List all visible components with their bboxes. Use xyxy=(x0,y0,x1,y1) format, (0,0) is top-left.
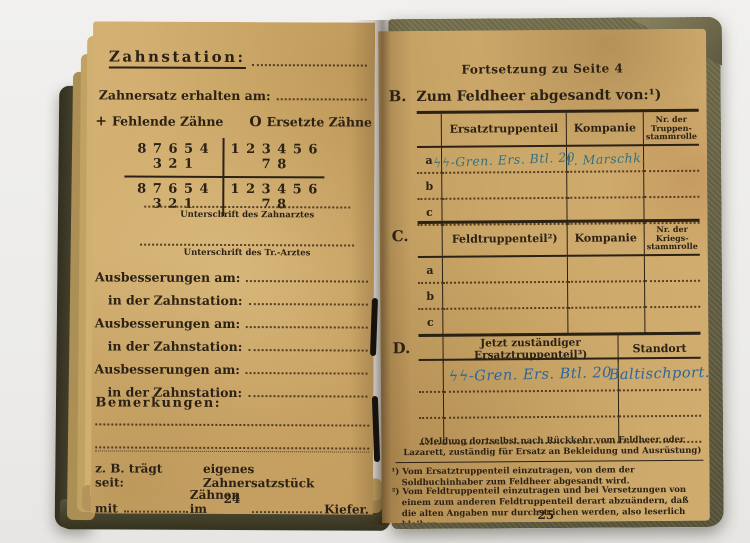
section-d-table: Jetzt zuständiger Ersatztruppenteil³) St… xyxy=(418,332,701,445)
empty-cell xyxy=(645,308,700,334)
empty-cell xyxy=(568,256,645,283)
empty-cell xyxy=(645,282,700,308)
binding-stitch xyxy=(372,396,380,462)
dentures-received-row: Zahnersatz erhalten am: xyxy=(99,87,369,103)
row-label-column-header xyxy=(418,224,443,256)
example-row: z. B. trägt seit: eigenes Zahnersatzstüc… xyxy=(95,461,369,490)
col-kompanie: Kompanie xyxy=(568,222,645,255)
section-c-label: C. xyxy=(392,227,409,245)
table-row: a ϟϟ-Gren. Ers. Btl. 20 1. Marschk. xyxy=(417,146,699,174)
section-d-header-row: Jetzt zuständiger Ersatztruppenteil³) St… xyxy=(418,335,700,361)
teeth-upper-left: 8 7 6 5 4 3 2 1 xyxy=(124,138,224,178)
repair-row: Ausbesserungen am: xyxy=(95,361,370,377)
section-b-table: Ersatztruppenteil Kompanie Nr. der Trupp… xyxy=(417,109,700,226)
table-row: b xyxy=(418,282,700,310)
dotted-blank-line xyxy=(252,509,322,513)
empty-cell xyxy=(568,308,645,335)
dotted-blank-line xyxy=(246,324,368,329)
repair-label: Ausbesserungen am: xyxy=(95,361,240,377)
section-b-label: B. xyxy=(389,87,407,105)
dentist-signature-caption: Unterschrift des Zahnarztes xyxy=(144,210,350,221)
example-label: z. B. trägt seit: xyxy=(95,461,195,489)
handwritten-kompanie-entry: 1. Marschk. xyxy=(564,149,645,167)
repair-row: in der Zahnstation: xyxy=(108,338,370,354)
binding-stitch xyxy=(370,298,378,356)
troop-doctor-signature-block: Unterschrift des Tr.-Arztes xyxy=(140,242,354,259)
row-label: b xyxy=(417,174,442,200)
handwritten-unit-entry: ϟϟ-Gren. Ers. Btl. 20 xyxy=(433,149,576,170)
section-b-heading: B.Zum Feldheer abgesandt von:¹) xyxy=(389,85,662,105)
section-b-title: Zum Feldheer abgesandt von:¹) xyxy=(416,87,661,105)
teeth-upper-right: 1 2 3 4 5 6 7 8 xyxy=(224,138,324,178)
empty-cell xyxy=(443,257,568,284)
empty-cell xyxy=(645,256,700,282)
empty-cell xyxy=(644,146,699,172)
empty-cell xyxy=(644,172,699,198)
section-b-header-row: Ersatztruppenteil Kompanie Nr. der Trupp… xyxy=(417,112,699,148)
row-label: b xyxy=(418,284,443,310)
row-label: c xyxy=(418,310,443,336)
dotted-blank-line xyxy=(249,301,368,306)
col-kompanie: Kompanie xyxy=(567,112,644,145)
section-c-header-row: Feldtruppenteil²) Kompanie Nr. der Krieg… xyxy=(418,222,700,258)
repair-label: Ausbesserungen am: xyxy=(95,269,240,285)
dotted-blank-line xyxy=(246,370,368,375)
repair-row: Ausbesserungen am: xyxy=(95,269,370,285)
section-c-table: Feldtruppenteil²) Kompanie Nr. der Krieg… xyxy=(418,219,701,336)
remarks-label: Bemerkungen: xyxy=(95,395,221,411)
table-row: b xyxy=(417,172,699,200)
row-label-column-header xyxy=(417,114,442,146)
handwritten-standort-entry: Baltischport. xyxy=(609,365,710,384)
table-row xyxy=(419,391,701,419)
empty-cell xyxy=(419,393,444,419)
troop-doctor-signature-caption: Unterschrift des Tr.-Arztes xyxy=(140,248,354,259)
dotted-blank-line xyxy=(252,62,367,67)
section-d-label: D. xyxy=(392,339,410,357)
repair-label: in der Zahnstation: xyxy=(108,338,243,354)
missing-teeth-label: Fehlende Zähne xyxy=(112,113,223,128)
repair-row: Ausbesserungen am: xyxy=(95,315,370,331)
page-number-25: 25 xyxy=(382,507,710,524)
right-page-unit-record: Fortsetzung zu Seite 4 B.Zum Feldheer ab… xyxy=(378,29,710,524)
dotted-blank-line xyxy=(248,347,367,352)
empty-cell xyxy=(419,361,444,393)
empty-cell xyxy=(443,309,568,336)
teeth-legend: +Fehlende ZähneOErsetzte Zähne xyxy=(93,113,375,130)
continuation-heading: Fortsetzung zu Seite 4 xyxy=(378,61,706,78)
col-kriegsstammrolle: Nr. der Kriegs-stammrolle xyxy=(645,222,700,254)
dotted-blank-line xyxy=(248,393,367,398)
replaced-teeth-label: Ersetzte Zähne xyxy=(267,114,372,129)
dentist-signature-block: Unterschrift des Zahnarztes xyxy=(144,204,350,221)
empty-cell xyxy=(443,283,568,310)
replaced-teeth-symbol: O xyxy=(249,114,261,130)
table-row: a xyxy=(418,256,700,284)
remarks-blank-line xyxy=(95,448,369,452)
empty-cell xyxy=(444,391,619,418)
dotted-blank-line xyxy=(124,509,188,513)
left-page-dental-form: Zahnstation: Zahnersatz erhalten am: +Fe… xyxy=(91,21,375,514)
repair-label: Ausbesserungen am: xyxy=(95,315,240,331)
empty-cell xyxy=(442,173,567,200)
repair-label: in der Zahnstation: xyxy=(108,292,243,308)
example-suffix: eigenes Zahnersatzstück xyxy=(203,462,369,491)
footnote-divider xyxy=(395,460,703,463)
dotted-blank-line xyxy=(246,278,368,283)
table-row: ϟϟ-Gren. Ers. Btl. 20 Baltischport. xyxy=(419,359,701,393)
repair-row: in der Zahnstation: xyxy=(108,292,370,308)
scanned-booklet-spread: Zahnstation: Zahnersatz erhalten am: +Fe… xyxy=(0,0,750,543)
row-label: a xyxy=(418,258,443,284)
dental-station-heading: Zahnstation: xyxy=(109,47,246,69)
col-ersatztruppenteil: Ersatztruppenteil xyxy=(442,113,567,146)
col-truppenstammrolle: Nr. der Truppen-stammrolle xyxy=(644,112,699,144)
empty-cell xyxy=(619,391,701,418)
signature-line xyxy=(140,242,354,247)
remarks-blank-line xyxy=(95,421,369,426)
missing-teeth-symbol: + xyxy=(95,113,107,129)
dentures-received-label: Zahnersatz erhalten am: xyxy=(99,87,271,103)
col-feldtruppenteil: Feldtruppenteil²) xyxy=(443,223,568,256)
empty-cell xyxy=(568,282,645,309)
handwritten-unit-entry: ϟϟ-Gren. Ers. Btl. 20 xyxy=(449,365,613,385)
meldung-note: (Meldung dortselbst nach Rückkehr vom Fe… xyxy=(403,435,701,459)
dental-station-heading-row: Zahnstation: xyxy=(109,47,369,69)
empty-cell xyxy=(567,172,644,199)
signature-line xyxy=(144,204,350,209)
dotted-blank-line xyxy=(277,96,367,100)
page-number-24: 24 xyxy=(91,491,373,506)
